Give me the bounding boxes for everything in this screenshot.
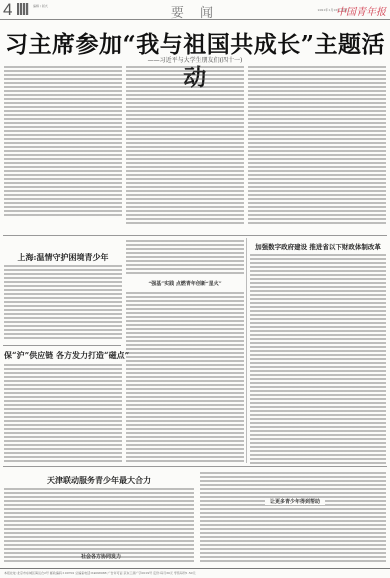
masthead: 4 编辑 / 版式 要 闻 2021年1月13日 星期三 中国青年报 — [0, 0, 390, 20]
article-body — [126, 240, 244, 275]
lead-body-col-2 — [126, 66, 244, 226]
divider — [3, 345, 121, 346]
lead-subhead: ——习近平与大学生朋友们(四十一) — [0, 55, 390, 64]
article-body — [4, 265, 122, 340]
article-subheadline: 社会各方协同发力 — [66, 553, 136, 560]
article-headline-supply: 保“沪”供应链 各方发力打造“磁点” — [4, 350, 122, 361]
lead-body-col-3 — [248, 66, 386, 226]
article-body — [250, 254, 386, 464]
article-headline-tianjin: 天津联动服务青少年最大合力 — [4, 475, 194, 486]
article-headline-middle: “强基”实践 点燃青年创新“星火” — [126, 280, 244, 287]
article-body — [200, 472, 386, 564]
divider — [3, 466, 387, 467]
article-body — [126, 292, 244, 462]
lead-body-col-1 — [4, 66, 122, 216]
newspaper-logo: 中国青年报 — [336, 3, 386, 18]
footer-imprint: 本报社址:北京市东城区海运仓2号 邮政编码:100702 总编室电话:64098… — [0, 568, 390, 578]
article-headline-right: 加强数字政府建设 推进省以下财政体制改革 — [250, 242, 386, 251]
article-subheadline: 让更多青少年得到帮助 — [265, 498, 325, 505]
column-rule — [246, 238, 247, 463]
article-headline-shanghai: 上海:温情守护困境青少年 — [4, 252, 122, 263]
divider — [3, 235, 387, 236]
article-body — [4, 364, 122, 464]
